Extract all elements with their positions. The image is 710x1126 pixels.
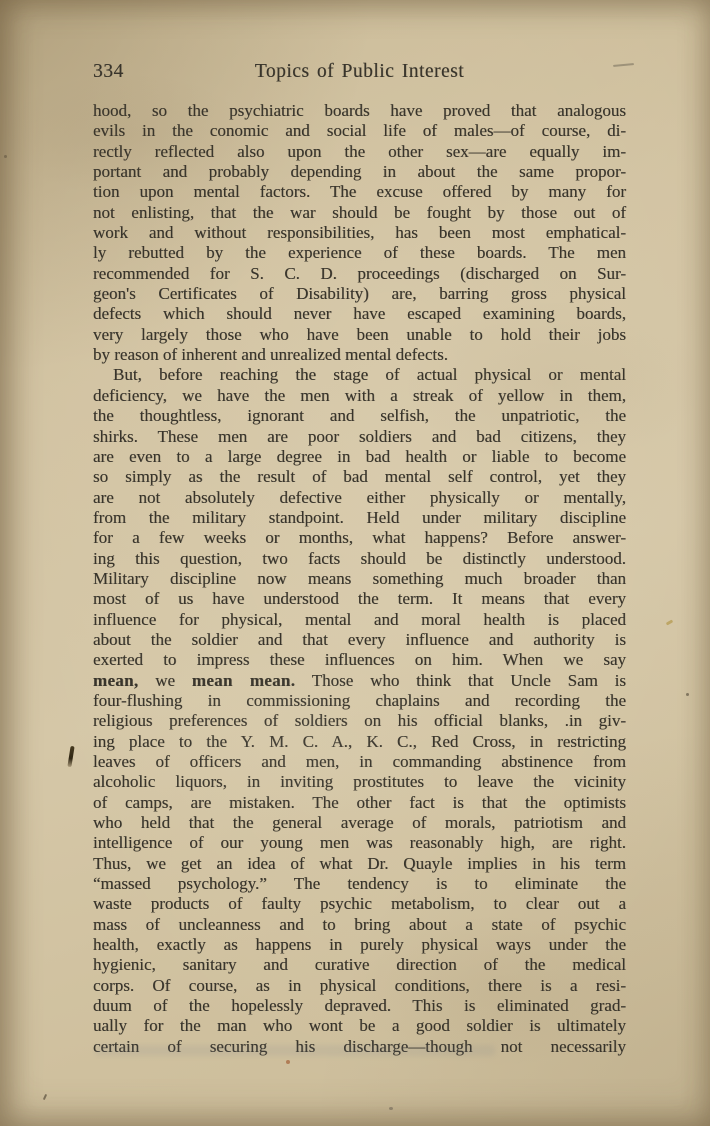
text-line: who held that the general average of mor… (93, 813, 626, 833)
bottom-speck-mark (389, 1107, 393, 1110)
text-line: evils in the conomic and social life of … (93, 121, 626, 141)
text-line: mass of uncleanness and to bring about a… (93, 915, 626, 935)
text-line: Thus, we get an idea of what Dr. Quayle … (93, 854, 626, 874)
text-line: ing place to the Y. M. C. A., K. C., Red… (93, 732, 626, 752)
text-line: defects which should never have escaped … (93, 304, 626, 324)
text-line: the thoughtless, ignorant and selfish, t… (93, 406, 626, 426)
text-line: by reason of inherent and unrealized men… (93, 345, 626, 365)
text-line: exerted to impress these influences on h… (93, 650, 626, 670)
text-line: from the military standpoint. Held under… (93, 508, 626, 528)
text-line: very largely those who have been unable … (93, 325, 626, 345)
text-line: deficiency, we have the men with a strea… (93, 386, 626, 406)
text-line: ing this question, two facts should be d… (93, 549, 626, 569)
page-header: 334 Topics of Public Interest (93, 61, 626, 87)
text-line: portant and probably depending in about … (93, 162, 626, 182)
text-line: alcoholic liquors, in inviting prostitut… (93, 772, 626, 792)
text-line: four-flushing in commissioning chaplains… (93, 691, 626, 711)
paragraph-1: hood, so the psychiatric boards have pro… (93, 101, 626, 365)
text-line: are even to a large degree in bad health… (93, 447, 626, 467)
dark-speck-mark (686, 693, 689, 696)
yellow-speck-mark (666, 619, 674, 625)
text-line: for a few weeks or months, what happens?… (93, 528, 626, 548)
text-line: shirks. These men are poor soldiers and … (93, 427, 626, 447)
bottom-left-tick-mark (43, 1094, 47, 1100)
text-line: ly rebutted by the experience of these b… (93, 243, 626, 263)
text-line: intelligence of our young men was reason… (93, 833, 626, 853)
text-line: duum of the hopelessly depraved. This is… (93, 996, 626, 1016)
text-line: most of us have understood the term. It … (93, 589, 626, 609)
text-line: mean, we mean mean. Those who think that… (93, 671, 626, 691)
left-edge-speck-mark (4, 155, 7, 158)
text-line: ually for the man who wont be a good sol… (93, 1016, 626, 1036)
text-line: are not absolutely defective either phys… (93, 488, 626, 508)
text-line: corps. Of course, as in physical conditi… (93, 976, 626, 996)
text-line: of camps, are mistaken. The other fact i… (93, 793, 626, 813)
text-line: rectly reflected also upon the other sex… (93, 142, 626, 162)
text-line: so simply as the result of bad mental se… (93, 467, 626, 487)
body-text: hood, so the psychiatric boards have pro… (93, 101, 626, 1057)
text-line: hygienic, sanitary and curative directio… (93, 955, 626, 975)
text-line: “massed psychology.” The tendency is to … (93, 874, 626, 894)
ink-fleck-mark (67, 746, 74, 767)
text-line: religious preferences of soldiers on his… (93, 711, 626, 731)
text-line: not enlisting, that the war should be fo… (93, 203, 626, 223)
book-page: 334 Topics of Public Interest hood, so t… (0, 0, 710, 1126)
paragraph-2: But, before reaching the stage of actual… (93, 365, 626, 1057)
text-line: about the soldier and that every influen… (93, 630, 626, 650)
text-line: health, exactly as happens in purely phy… (93, 935, 626, 955)
text-line: leaves of officers and men, in commandin… (93, 752, 626, 772)
red-speck-mark (286, 1060, 290, 1064)
text-line: influence for physical, mental and moral… (93, 610, 626, 630)
text-line: But, before reaching the stage of actual… (93, 365, 626, 385)
text-line: hood, so the psychiatric boards have pro… (93, 101, 626, 121)
text-line: work and without responsibilities, has b… (93, 223, 626, 243)
running-header-title: Topics of Public Interest (93, 61, 626, 83)
text-line: waste products of faulty psychic metabol… (93, 894, 626, 914)
text-line: certain of securing his discharge—though… (93, 1037, 626, 1057)
text-line: Military discipline now means something … (93, 569, 626, 589)
text-line: geon's Certificates of Disability) are, … (93, 284, 626, 304)
text-line: tion upon mental factors. The excuse off… (93, 182, 626, 202)
text-line: recommended for S. C. D. proceedings (di… (93, 264, 626, 284)
